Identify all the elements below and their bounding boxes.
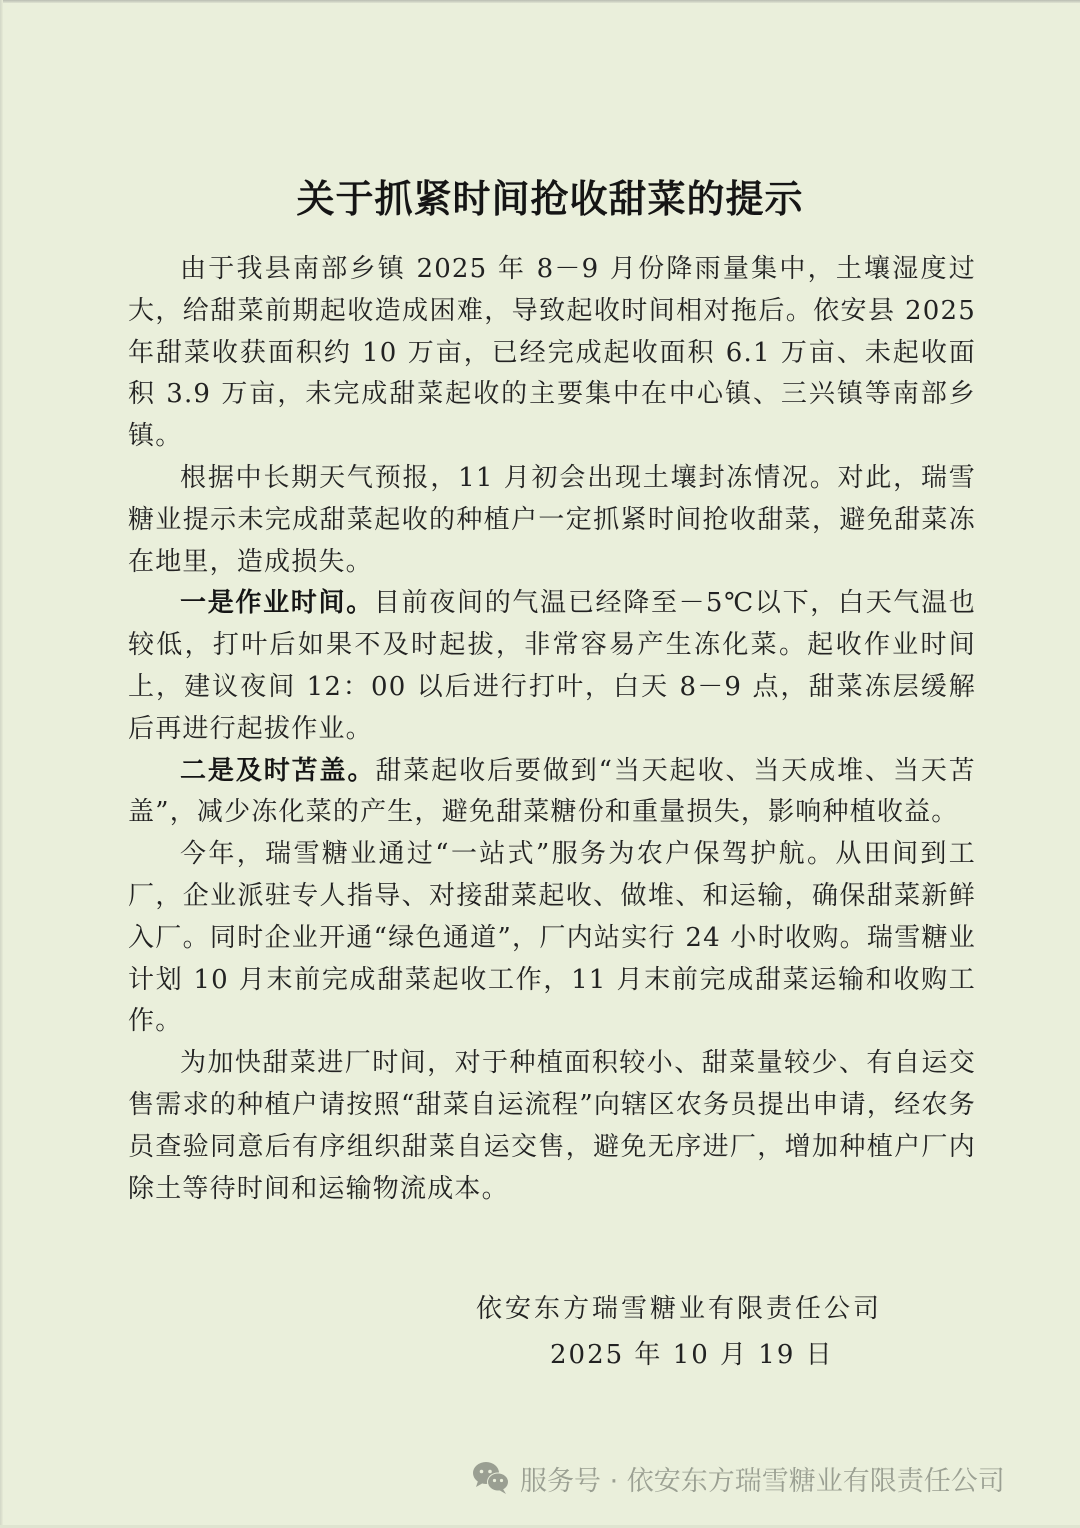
watermark-text: 服务号 · 依安东方瑞雪糖业有限责任公司 <box>520 1459 1005 1498</box>
paragraph-weather-forecast: 根据中长期天气预报，11 月初会出现土壤封冻情况。对此，瑞雪糖业提示未完成甜菜起… <box>128 458 976 583</box>
paragraph-work-time: 一是作业时间。目前夜间的气温已经降至－5℃以下，白天气温也较低，打叶后如果不及时… <box>128 583 976 750</box>
signature-date: 2025 年 10 月 19 日 <box>550 1335 886 1375</box>
wechat-icon <box>472 1460 510 1496</box>
paragraph-one-stop-service: 今年，瑞雪糖业通过“一站式”服务为农户保驾护航。从田间到工厂，企业派驻专人指导、… <box>128 834 976 1043</box>
account-watermark: 服务号 · 依安东方瑞雪糖业有限责任公司 <box>472 1458 1005 1498</box>
signature-block: 依安东方瑞雪糖业有限责任公司 2025 年 10 月 19 日 <box>476 1289 886 1375</box>
left-border <box>0 0 3 1528</box>
signature-company: 依安东方瑞雪糖业有限责任公司 <box>476 1289 886 1329</box>
paragraph-lead: 二是及时苫盖。 <box>180 756 375 786</box>
top-border <box>0 0 1080 3</box>
paragraph-rainfall-status: 由于我县南部乡镇 2025 年 8－9 月份降雨量集中，土壤湿度过大，给甜菜前期… <box>128 249 976 458</box>
document-body: 由于我县南部乡镇 2025 年 8－9 月份降雨量集中，土壤湿度过大，给甜菜前期… <box>128 249 976 1210</box>
paragraph-lead: 一是作业时间。 <box>180 588 374 618</box>
paragraph-text: 今年，瑞雪糖业通过“一站式”服务为农户保驾护航。从田间到工厂，企业派驻专人指导、… <box>128 839 976 1036</box>
paragraph-text: 由于我县南部乡镇 2025 年 8－9 月份降雨量集中，土壤湿度过大，给甜菜前期… <box>128 254 976 451</box>
paragraph-covering: 二是及时苫盖。甜菜起收后要做到“当天起收、当天成堆、当天苫盖”，减少冻化菜的产生… <box>128 751 976 835</box>
paragraph-text: 为加快甜菜进厂时间，对于种植面积较小、甜菜量较少、有自运交售需求的种植户请按照“… <box>128 1048 976 1203</box>
paragraph-text: 根据中长期天气预报，11 月初会出现土壤封冻情况。对此，瑞雪糖业提示未完成甜菜起… <box>128 463 976 577</box>
document-title: 关于抓紧时间抢收甜菜的提示 <box>0 168 1080 223</box>
paragraph-self-transport: 为加快甜菜进厂时间，对于种植面积较小、甜菜量较少、有自运交售需求的种植户请按照“… <box>128 1043 976 1210</box>
